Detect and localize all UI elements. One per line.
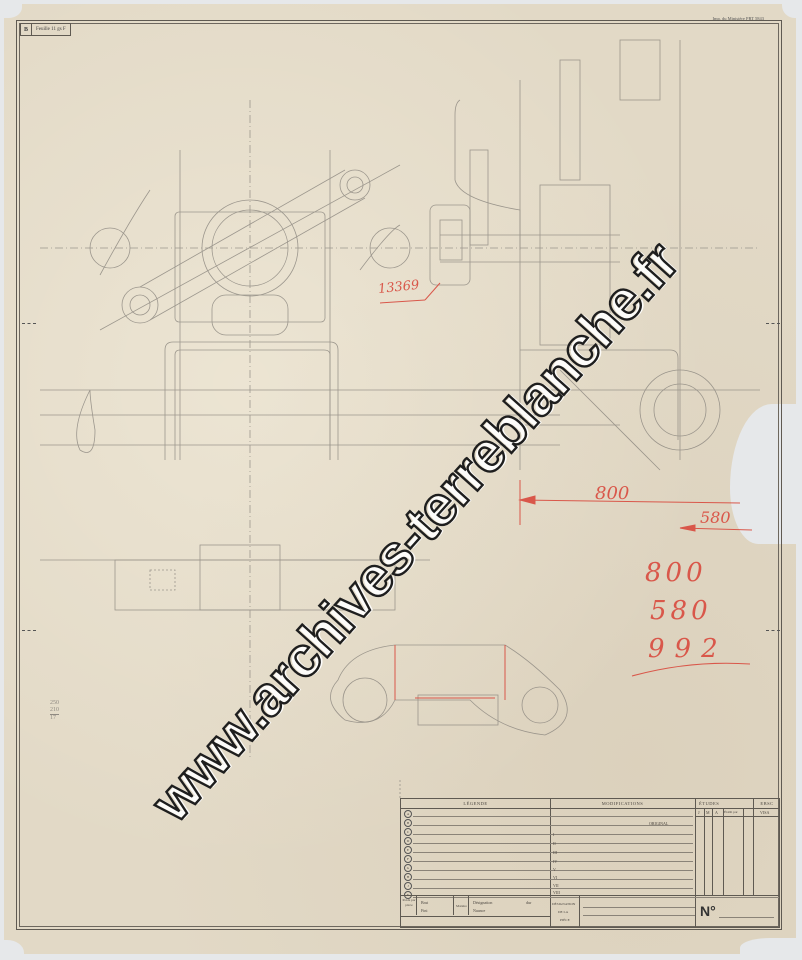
row-rule — [413, 825, 693, 826]
red-dimension-secondary: 580 — [700, 508, 731, 527]
etudes-col-label: Établi par — [724, 810, 738, 814]
modifications-header: MODIFICATIONS — [550, 801, 695, 806]
mod-row-i: I — [553, 832, 554, 837]
drawing-number-label: N° — [700, 903, 716, 919]
etudes-col-label: M — [706, 810, 710, 815]
red-calc-line-3: 992 — [648, 634, 728, 664]
matiere-dur: dur — [526, 900, 531, 905]
legend-marker-h: H — [404, 873, 412, 881]
etudes-header: ÉTUDES — [699, 801, 719, 806]
legend-marker-g: G — [404, 864, 412, 872]
drawing-number-line — [719, 917, 774, 918]
row-rule — [413, 816, 693, 817]
designation-rule — [583, 907, 695, 908]
designation-rule — [583, 915, 695, 916]
etudes-col-label: J — [698, 810, 700, 815]
matiere-divider-2 — [468, 895, 469, 915]
legend-marker-j: J — [404, 882, 412, 890]
mod-row-vi: VI — [553, 875, 557, 880]
legende-header: LÉGENDE — [401, 801, 550, 806]
mod-row-ii: II — [553, 841, 556, 846]
etudes-col-a — [723, 808, 724, 895]
col-divider-etudes — [695, 799, 696, 895]
matiere-label: Matière — [456, 904, 467, 908]
poids-label: Poids par pièce — [402, 898, 416, 908]
red-calc-line-2: 580 — [650, 596, 712, 626]
legend-marker-b: B — [404, 819, 412, 827]
col-divider-legende — [550, 799, 551, 927]
legend-marker-a: A — [404, 810, 412, 818]
matiere-designation: Désignation — [473, 900, 492, 905]
legend-marker-d: D — [404, 837, 412, 845]
ebsc-visa-label: VISA — [760, 810, 769, 815]
poids-fini: Fini — [421, 908, 427, 913]
matiere-nuance: Nuance — [473, 908, 485, 913]
designation-divider — [579, 895, 580, 927]
lower-section-rule — [401, 895, 779, 896]
mod-row-vii: VII — [553, 883, 559, 888]
etudes-col-etabli — [743, 808, 744, 895]
etudes-col-j — [704, 808, 705, 895]
mod-row-viii: VIII — [553, 890, 560, 895]
legend-marker-c: C — [404, 828, 412, 836]
mod-row-iv: IV — [553, 859, 557, 864]
poids-brut: Brut — [421, 900, 428, 905]
designation-line-3: PIÈCE — [560, 918, 570, 922]
col-divider-etudes-2 — [695, 895, 696, 927]
red-dimension-main: 800 — [595, 483, 629, 504]
red-calc-line-1: 800 — [645, 558, 707, 588]
col-divider-ebsc — [753, 799, 754, 895]
title-block: LÉGENDE MODIFICATIONS ÉTUDES EBSC J M A … — [400, 798, 780, 928]
designation-line-2: DE LA — [558, 910, 568, 914]
matiere-divider — [453, 895, 454, 915]
designation-line-1: DÉSIGNATION — [552, 902, 575, 906]
etudes-col-m — [712, 808, 713, 895]
poids-divider — [416, 895, 417, 915]
legend-marker-f: F — [404, 855, 412, 863]
pencil-margin-calc: 250 210 17 — [50, 700, 59, 722]
etudes-subheader-rule — [695, 816, 779, 817]
ebsc-header: EBSC — [753, 801, 781, 806]
row-rule — [413, 888, 693, 889]
mod-row-v: V — [553, 867, 556, 872]
bottom-strip-rule — [401, 916, 550, 917]
etudes-col-label: A — [715, 810, 718, 815]
mod-row-iii: III — [553, 850, 557, 855]
legend-marker-e: E — [404, 846, 412, 854]
